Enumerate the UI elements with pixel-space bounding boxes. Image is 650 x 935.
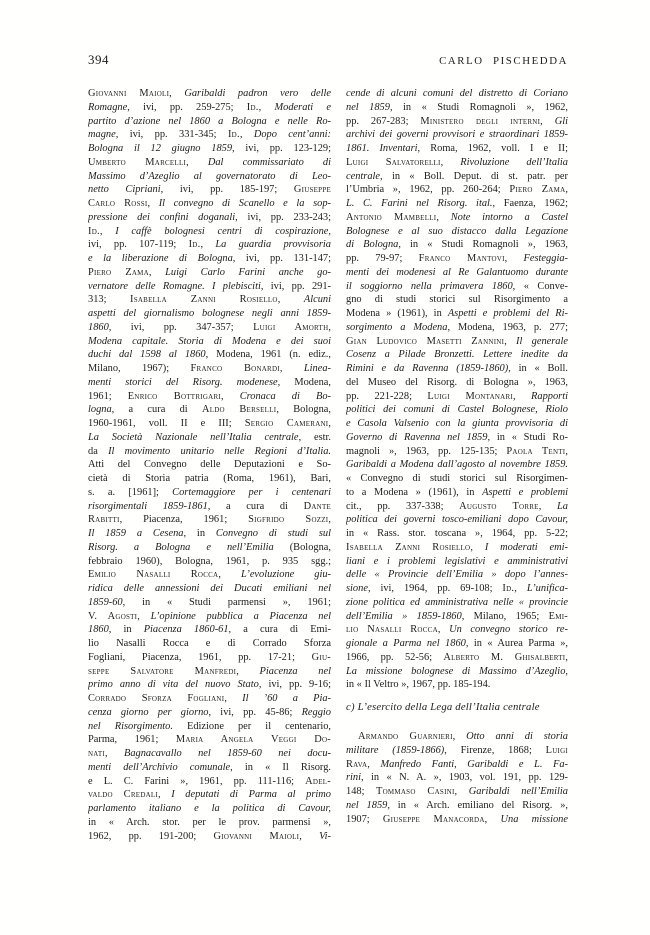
text-line: Emilio Nasalli Rocca, L’evoluzione giu- bbox=[88, 568, 331, 582]
text-line: to a Modena » (1961), in Aspetti e probl… bbox=[346, 486, 568, 500]
text-line: in « Il Veltro », 1967, pp. 185-194. bbox=[346, 678, 568, 692]
text-line: e L. C. Farini », 1961, pp. 111-116; Ade… bbox=[88, 775, 331, 789]
text-line: pp. 221-228; Luigi Montanari, Rapporti bbox=[346, 390, 568, 404]
text-line: lio Nasalli Rocca e di Corrado Sforza bbox=[88, 637, 331, 651]
text-line: Modena capitale. Storia di Modena e dei … bbox=[88, 335, 331, 349]
text-line: Cosenz a Pilade Bronzetti. Lettere inedi… bbox=[346, 348, 568, 362]
text-line: La missione bolognese di Massimo d’Azegl… bbox=[346, 665, 568, 679]
bibliography-right-section: Armando Guarnieri, Otto anni di storiami… bbox=[346, 730, 568, 826]
text-line: del Museo del Risorg. di Bologna », 1963… bbox=[346, 376, 568, 390]
book-page: 394 CARLO PISCHEDDA Giovanni Maioli, Gar… bbox=[0, 0, 650, 935]
text-line: gno di studi storici sul Risorgimento a bbox=[346, 293, 568, 307]
text-line: cende di alcuni comuni del distretto di … bbox=[346, 87, 568, 101]
text-line: Gian Ludovico Masetti Zannini, Il genera… bbox=[346, 335, 568, 349]
text-line: ridica delle annessioni dei Ducati emili… bbox=[88, 582, 331, 596]
text-line: febbraio 1960), Bologna, 1961, p. 935 sg… bbox=[88, 555, 331, 569]
text-line: 1860, ivi, pp. 347-357; Luigi Amorth, bbox=[88, 321, 331, 335]
text-line: da Il movimento unitario nelle Regioni d… bbox=[88, 445, 331, 459]
text-line: 1966, pp. 52-56; Alberto M. Ghisalberti, bbox=[346, 651, 568, 665]
text-line: nel 1859, in « Arch. emiliano del Risorg… bbox=[346, 799, 568, 813]
text-line: netto Cipriani, ivi, pp. 185-197; Giusep… bbox=[88, 183, 331, 197]
text-line: Parma, 1961; Maria Angela Veggi Do- bbox=[88, 733, 331, 747]
text-line: sione, ivi, 1964, pp. 69-108; Id., L’uni… bbox=[346, 582, 568, 596]
text-line: 1962, pp. 191-200; Giovanni Maioli, Vi- bbox=[88, 830, 331, 844]
text-line: duchi dal 1598 al 1860, Modena, 1961 (n.… bbox=[88, 348, 331, 362]
text-line: il soggiorno nella primavera 1860, « Con… bbox=[346, 280, 568, 294]
section-heading: c) L’esercito della Lega dell’Italia cen… bbox=[346, 700, 568, 714]
text-line: Armando Guarnieri, Otto anni di storia bbox=[346, 730, 568, 744]
text-line: 1861. Inventari, Roma, 1962, voll. I e I… bbox=[346, 142, 568, 156]
text-line: in « Rass. stor. toscana », 1964, pp. 5-… bbox=[346, 527, 568, 541]
text-line: L. C. Farini nel Risorg. ital., Faenza, … bbox=[346, 197, 568, 211]
text-line: Umberto Marcelli, Dal commissariato di bbox=[88, 156, 331, 170]
text-line: Rimini e da Ravenna (1859-1860), in « Bo… bbox=[346, 362, 568, 376]
page-header: 394 CARLO PISCHEDDA bbox=[88, 52, 568, 68]
text-line: 1859-60, in « Studi parmensi », 1961; bbox=[88, 596, 331, 610]
text-line: militare (1859-1866), Firenze, 1868; Lui… bbox=[346, 744, 568, 758]
text-line: pp. 79-97; Franco Mantovi, Festeggia- bbox=[346, 252, 568, 266]
text-line: zione politica ed amministrativa nelle «… bbox=[346, 596, 568, 610]
text-line: cietà di Storia patria (Roma, 1961), Bar… bbox=[88, 472, 331, 486]
text-line: Isabella Zanni Rosiello, I moderati emi- bbox=[346, 541, 568, 555]
text-line: nel Risorgimento. Edizione per il centen… bbox=[88, 720, 331, 734]
text-line: magnoli », 1963, pp. 125-135; Paola Tent… bbox=[346, 445, 568, 459]
text-line: Rabitti, Piacenza, 1961; Sigfrido Sozzi, bbox=[88, 513, 331, 527]
text-line: Corrado Sforza Fogliani, Il ’60 a Pia- bbox=[88, 692, 331, 706]
text-line: menti storici del Risorg. modenese, Mode… bbox=[88, 376, 331, 390]
text-line: di Bologna, in « Studi Romagnoli », 1963… bbox=[346, 238, 568, 252]
text-line: 1860, in Piacenza 1860-61, a cura di Emi… bbox=[88, 623, 331, 637]
bibliography-column-right: cende di alcuni comuni del distretto di … bbox=[346, 87, 568, 843]
text-line: Modena » (1961), in Aspetti e problemi d… bbox=[346, 307, 568, 321]
text-line: La Società Nazionale nell’Italia central… bbox=[88, 431, 331, 445]
text-line: Bologna il 12 giugno 1859, ivi, pp. 123-… bbox=[88, 142, 331, 156]
text-line: Risorg. a Bologna e nell’Emilia (Bologna… bbox=[88, 541, 331, 555]
text-line: Luigi Salvatorelli, Rivoluzione dell’Ita… bbox=[346, 156, 568, 170]
text-line: nati, Bagnacavallo nel 1859-60 nei docu- bbox=[88, 747, 331, 761]
text-line: partito d’azione nel 1860 a Bologna e ne… bbox=[88, 115, 331, 129]
text-line: Fogliani, Piacenza, 1961, pp. 17-21; Giu… bbox=[88, 651, 331, 665]
text-line: liani e i problemi legislativi e amminis… bbox=[346, 555, 568, 569]
text-line: 1907; Giuseppe Manacorda, Una missione bbox=[346, 813, 568, 827]
text-line: Atti del Convegno delle Deputazioni e So… bbox=[88, 458, 331, 472]
text-line: Giovanni Maioli, Garibaldi padron vero d… bbox=[88, 87, 331, 101]
text-line: menti dell’Archivio comunale, in « Il Ri… bbox=[88, 761, 331, 775]
text-line: ivi, pp. 107-119; Id., La guardia provvi… bbox=[88, 238, 331, 252]
text-line: archivi dei governi provvisori e straord… bbox=[346, 128, 568, 142]
text-line: V. Agosti, L’opinione pubblica a Piacenz… bbox=[88, 610, 331, 624]
text-line: sorgimento a Modena, Modena, 1963, p. 27… bbox=[346, 321, 568, 335]
text-line: 1960-1961, voll. II e III; Sergio Camera… bbox=[88, 417, 331, 431]
text-line: Rava, Manfredo Fanti, Garibaldi e L. Fa- bbox=[346, 758, 568, 772]
text-line: politica dei governi tosco-emiliani dopo… bbox=[346, 513, 568, 527]
text-line: e Casola Valsenio con la giunta provviso… bbox=[346, 417, 568, 431]
bibliography-column-left: Giovanni Maioli, Garibaldi padron vero d… bbox=[88, 87, 331, 843]
text-line: l’Umbria », 1962, pp. 260-264; Piero Zam… bbox=[346, 183, 568, 197]
text-line: 148; Tommaso Casini, Garibaldi nell’Emil… bbox=[346, 785, 568, 799]
text-line: logna, a cura di Aldo Berselli, Bologna, bbox=[88, 403, 331, 417]
text-line: 1961; Enrico Bottrigari, Cronaca di Bo- bbox=[88, 390, 331, 404]
text-line: « Convegno di studi storici sul Risorgim… bbox=[346, 472, 568, 486]
text-line: gionale a Parma nel 1860, in « Aurea Par… bbox=[346, 637, 568, 651]
running-head: CARLO PISCHEDDA bbox=[439, 55, 568, 67]
text-line: cenza giorno per giorno, ivi, pp. 45-86;… bbox=[88, 706, 331, 720]
text-line: Romagne, ivi, pp. 259-275; Id., Moderati… bbox=[88, 101, 331, 115]
text-line: magne, ivi, pp. 331-345; Id., Dopo cent’… bbox=[88, 128, 331, 142]
text-line: 313; Isabella Zanni Rosiello, Alcuni bbox=[88, 293, 331, 307]
text-line: Il 1859 a Cesena, in Convegno di studi s… bbox=[88, 527, 331, 541]
text-line: primo anno di vita del nuovo Stato, ivi,… bbox=[88, 678, 331, 692]
page-number: 394 bbox=[88, 52, 109, 68]
text-line: politici dei comuni di Castel Bolognese,… bbox=[346, 403, 568, 417]
text-line: Piero Zama, Luigi Carlo Farini anche go- bbox=[88, 266, 331, 280]
text-line: Id., I caffè bolognesi centri di cospira… bbox=[88, 225, 331, 239]
text-line: Antonio Mambelli, Note intorno a Castel bbox=[346, 211, 568, 225]
text-line: menti dei modenesi al Re Galantuomo dura… bbox=[346, 266, 568, 280]
text-line: Massimo d’Azeglio al governatorato di Le… bbox=[88, 170, 331, 184]
bibliography-right-top: cende di alcuni comuni del distretto di … bbox=[346, 87, 568, 692]
text-line: rini, in « N. A. », 1903, vol. 191, pp. … bbox=[346, 771, 568, 785]
text-line: Carlo Rossi, Il convegno di Scanello e l… bbox=[88, 197, 331, 211]
text-line: seppe Salvatore Manfredi, Piacenza nel bbox=[88, 665, 331, 679]
text-line: pressione dei confini doganali, ivi, pp.… bbox=[88, 211, 331, 225]
text-line: Milano, 1967); Franco Bonardi, Linea- bbox=[88, 362, 331, 376]
text-line: valdo Credali, I deputati di Parma al pr… bbox=[88, 788, 331, 802]
text-line: Bolognese e al suo distacco dalla Legazi… bbox=[346, 225, 568, 239]
text-line: vernatore delle Romagne. I plebisciti, i… bbox=[88, 280, 331, 294]
text-line: Garibaldi a Modena dall’agosto al novemb… bbox=[346, 458, 568, 472]
text-line: dell’Emilia » 1859-1860, Milano, 1965; E… bbox=[346, 610, 568, 624]
text-line: pp. 267-283; Ministero degli interni, Gl… bbox=[346, 115, 568, 129]
text-line: aspetti del giornalismo bolognese negli … bbox=[88, 307, 331, 321]
text-line: nel 1859, in « Studi Romagnoli », 1962, bbox=[346, 101, 568, 115]
bibliography-content: Giovanni Maioli, Garibaldi padron vero d… bbox=[88, 87, 568, 843]
text-line: cit., pp. 337-338; Augusto Torre, La bbox=[346, 500, 568, 514]
text-line: delle « Provincie dell’Emilia » dopo l’a… bbox=[346, 568, 568, 582]
text-line: lio Nasalli Rocca, Un convegno storico r… bbox=[346, 623, 568, 637]
text-line: e la liberazione di Bologna, ivi, pp. 13… bbox=[88, 252, 331, 266]
text-line: parlamento italiano e la politica di Cav… bbox=[88, 802, 331, 816]
text-line: s. a. [1961]; Cortemaggiore per i centen… bbox=[88, 486, 331, 500]
text-line: centrale, in « Boll. Deput. di st. patr.… bbox=[346, 170, 568, 184]
text-line: risorgimentali 1859-1861, a cura di Dant… bbox=[88, 500, 331, 514]
text-line: in « Arch. stor. per le prov. parmensi »… bbox=[88, 816, 331, 830]
text-line: Governo di Ravenna nel 1859, in « Studi … bbox=[346, 431, 568, 445]
